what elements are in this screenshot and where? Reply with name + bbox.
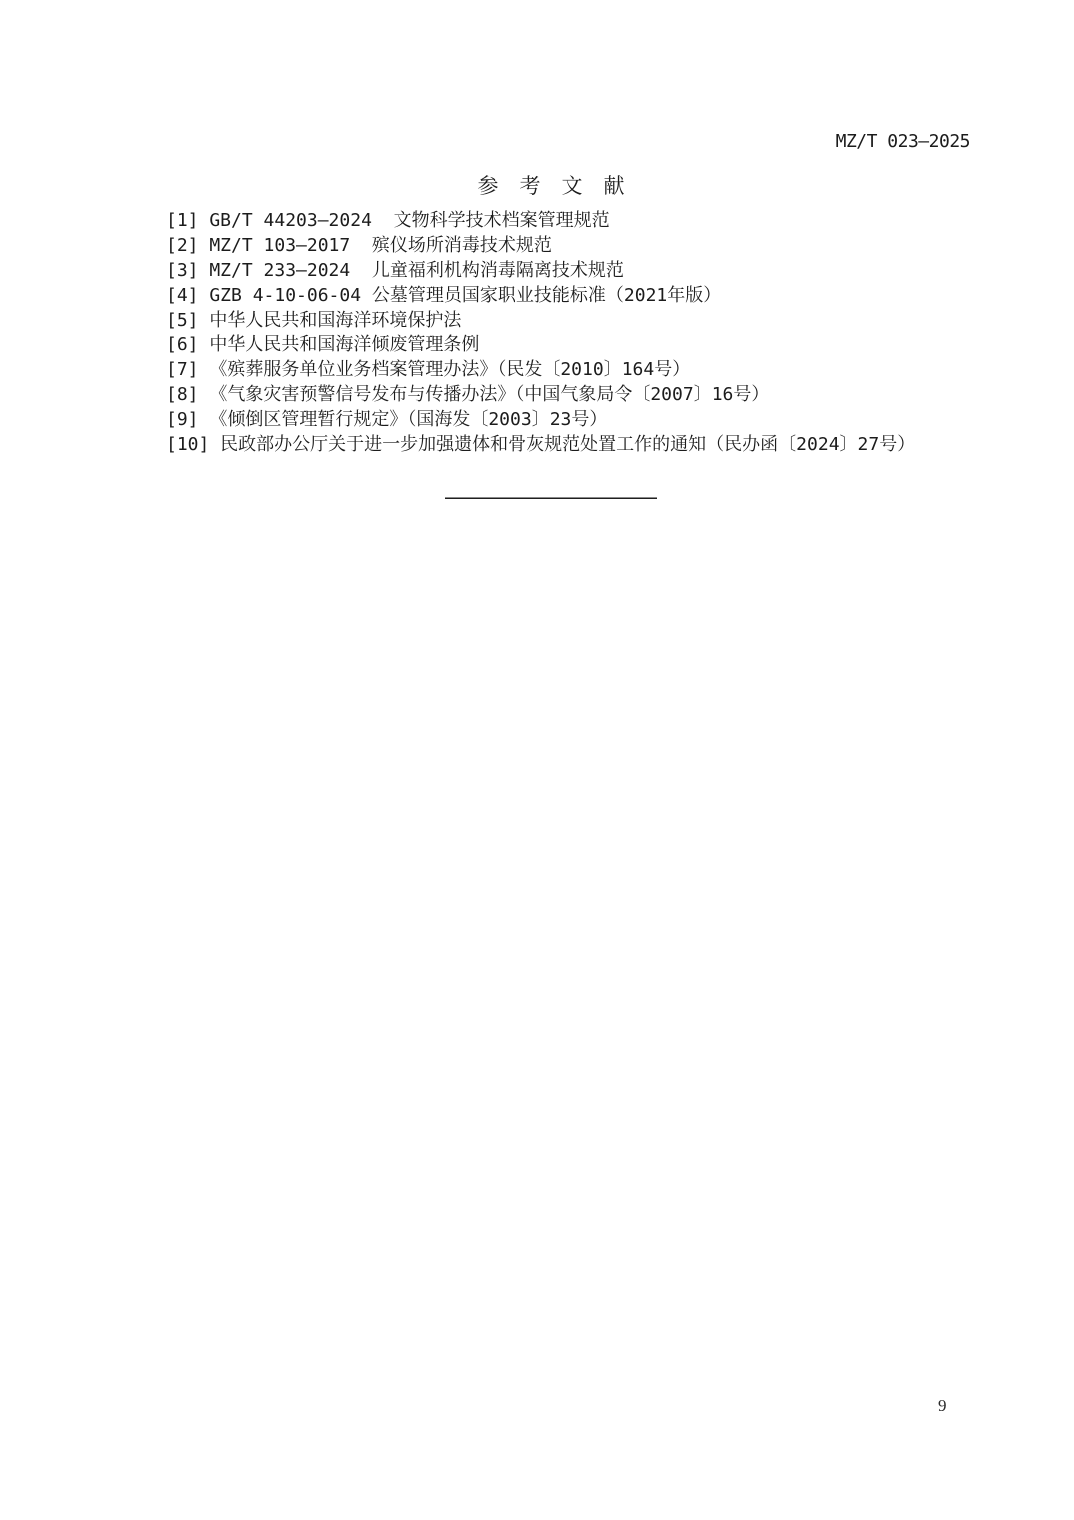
standard-number-header: MZ/T 023—2025 [836,131,970,152]
reference-item-10: [10] 民政部办公厅关于进一步加强遗体和骨灰规范处置工作的通知（民办函〔202… [166,433,966,458]
reference-item-5: [5] 中华人民共和国海洋环境保护法 [166,309,966,334]
reference-item-2: [2] MZ/T 103—2017 殡仪场所消毒技术规范 [166,234,966,259]
reference-item-3: [3] MZ/T 233—2024 儿童福利机构消毒隔离技术规范 [166,259,966,284]
document-page: MZ/T 023—2025 参 考 文 献 [1] GB/T 44203—202… [0,0,1074,1520]
reference-list: [1] GB/T 44203—2024 文物科学技术档案管理规范 [2] MZ/… [166,209,966,458]
reference-item-4: [4] GZB 4-10-06-04 公墓管理员国家职业技能标准（2021年版） [166,284,966,309]
page-number: 9 [938,1396,947,1416]
reference-item-1: [1] GB/T 44203—2024 文物科学技术档案管理规范 [166,209,966,234]
end-of-document-divider [445,497,657,499]
references-title: 参 考 文 献 [167,170,935,200]
reference-item-7: [7] 《殡葬服务单位业务档案管理办法》（民发〔2010〕164号） [166,358,966,383]
reference-item-8: [8] 《气象灾害预警信号发布与传播办法》（中国气象局令〔2007〕16号） [166,383,966,408]
reference-item-6: [6] 中华人民共和国海洋倾废管理条例 [166,333,966,358]
reference-item-9: [9] 《倾倒区管理暂行规定》（国海发〔2003〕23号） [166,408,966,433]
